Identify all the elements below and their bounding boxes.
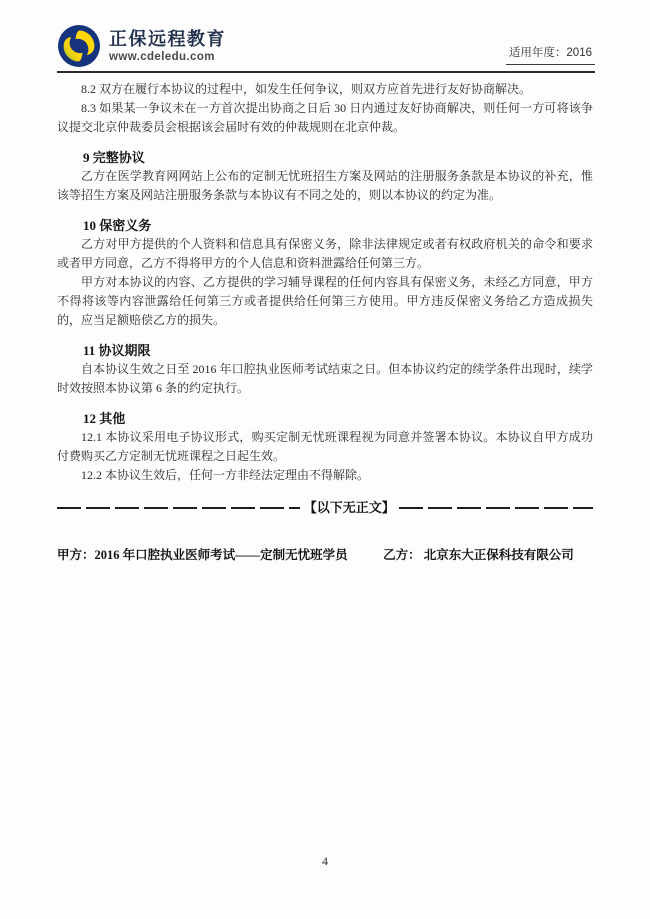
divider-dash-line-right (399, 507, 593, 509)
applicable-year-label: 适用年度：2016 (506, 44, 595, 65)
clause-12-2: 12.2 本协议生效后，任何一方非经法定理由不得解除。 (57, 466, 593, 485)
section-confidentiality: 10 保密义务 乙方对甲方提供的个人资料和信息具有保密义务，除非法律规定或者有权… (57, 216, 593, 330)
section-heading-10: 10 保密义务 (57, 216, 593, 235)
clause-11-text: 自本协议生效之日至 2016 年口腔执业医师考试结束之日。但本协议约定的续学条件… (57, 360, 593, 398)
clause-8-3: 8.3 如果某一争议未在一方首次提出协商之日后 30 日内通过友好协商解决，则任… (57, 99, 593, 137)
section-dispute-resolution: 8.2 双方在履行本协议的过程中，如发生任何争议，则双方应首先进行友好协商解决。… (57, 80, 593, 137)
clause-9-text: 乙方在医学教育网网站上公布的定制无忧班招生方案及网站的注册服务条款是本协议的补充… (57, 167, 593, 205)
page-header: 正保远程教育 www.cdeledu.com 适用年度：2016 (0, 0, 650, 68)
signature-party-a: 甲方：2016 年口腔执业医师考试——定制无忧班学员 (57, 546, 380, 565)
brand-text: 正保远程教育 www.cdeledu.com (109, 28, 226, 64)
clause-8-2: 8.2 双方在履行本协议的过程中，如发生任何争议，则双方应首先进行友好协商解决。 (57, 80, 593, 99)
brand-url: www.cdeledu.com (109, 50, 226, 64)
section-heading-9: 9 完整协议 (57, 148, 593, 167)
document-page: 正保远程教育 www.cdeledu.com 适用年度：2016 8.2 双方在… (0, 0, 650, 919)
clause-10-p1: 乙方对甲方提供的个人资料和信息具有保密义务，除非法律规定或者有权政府机关的命令和… (57, 235, 593, 273)
no-more-text-divider: 【以下无正文】 (57, 498, 593, 517)
brand-logo-icon (57, 24, 101, 68)
divider-dash-line-left (57, 507, 300, 509)
divider-label: 【以下无正文】 (300, 498, 399, 517)
section-heading-12: 12 其他 (57, 409, 593, 428)
section-miscellaneous: 12 其他 12.1 本协议采用电子协议形式，购买定制无忧班课程视为同意并签署本… (57, 409, 593, 485)
brand-block: 正保远程教育 www.cdeledu.com (57, 24, 226, 68)
page-number: 4 (0, 854, 650, 869)
section-entire-agreement: 9 完整协议 乙方在医学教育网网站上公布的定制无忧班招生方案及网站的注册服务条款… (57, 148, 593, 205)
signature-party-b: 乙方： 北京东大正保科技有限公司 (383, 546, 574, 565)
brand-name: 正保远程教育 (109, 28, 226, 50)
signature-row: 甲方：2016 年口腔执业医师考试——定制无忧班学员 乙方： 北京东大正保科技有… (57, 546, 593, 565)
contract-body: 8.2 双方在履行本协议的过程中，如发生任何争议，则双方应首先进行友好协商解决。… (0, 73, 650, 565)
clause-12-1: 12.1 本协议采用电子协议形式，购买定制无忧班课程视为同意并签署本协议。本协议… (57, 428, 593, 466)
clause-10-p2: 甲方对本协议的内容、乙方提供的学习辅导课程的任何内容具有保密义务，未经乙方同意，… (57, 273, 593, 330)
section-heading-11: 11 协议期限 (57, 341, 593, 360)
section-term: 11 协议期限 自本协议生效之日至 2016 年口腔执业医师考试结束之日。但本协… (57, 341, 593, 398)
